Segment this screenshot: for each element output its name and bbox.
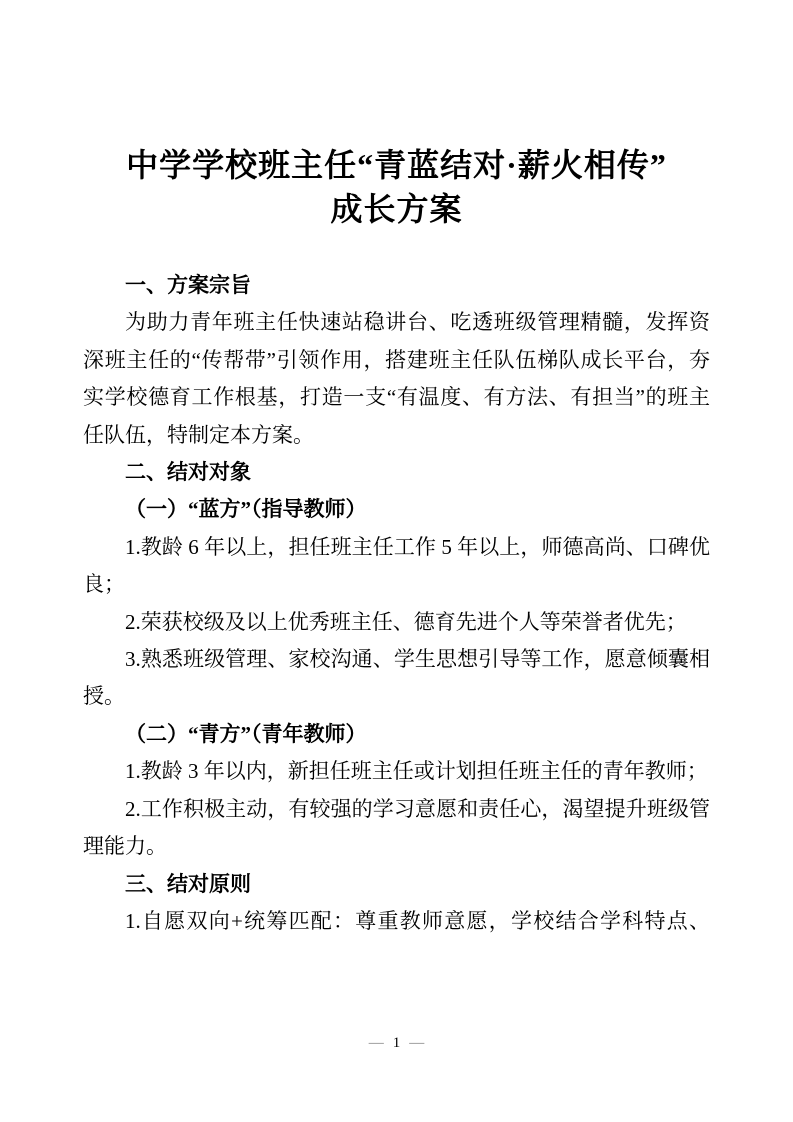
document-title-line-1: 中学学校班主任“青蓝结对·薪火相传” [83,143,710,187]
section-heading-3: 三、结对原则 [83,866,710,903]
section-heading-2: 二、结对对象 [83,454,710,491]
paragraph-blue-item-2: 2.荣获校级及以上优秀班主任、德育先进个人等荣誉者优先； [83,604,710,641]
document-title: 中学学校班主任“青蓝结对·薪火相传” 成长方案 [83,143,710,231]
subheading-green-side: （二）“青方”（青年教师） [83,716,710,753]
paragraph-principle-1: 1.自愿双向+统筹匹配：尊重教师意愿，学校结合学科特点、 [83,903,710,940]
footer-dash-right: — [400,1035,433,1051]
document-title-line-2: 成长方案 [83,187,710,231]
section-heading-1: 一、方案宗旨 [83,267,710,304]
subheading-blue-side: （一）“蓝方”（指导教师） [83,491,710,528]
paragraph-purpose: 为助力青年班主任快速站稳讲台、吃透班级管理精髓，发挥资深班主任的“传帮带”引领作… [83,304,710,454]
paragraph-blue-item-3: 3.熟悉班级管理、家校沟通、学生思想引导等工作，愿意倾囊相授。 [83,641,710,716]
page-footer: —1— [0,1031,793,1056]
paragraph-green-item-1: 1.教龄 3 年以内，新担任班主任或计划担任班主任的青年教师； [83,753,710,790]
paragraph-blue-item-1: 1.教龄 6 年以上，担任班主任工作 5 年以上，师德高尚、口碑优良； [83,529,710,604]
document-body: 一、方案宗旨 为助力青年班主任快速站稳讲台、吃透班级管理精髓，发挥资深班主任的“… [83,267,710,940]
document-page: 中学学校班主任“青蓝结对·薪火相传” 成长方案 一、方案宗旨 为助力青年班主任快… [0,0,793,1122]
footer-dash-left: — [360,1035,393,1051]
paragraph-green-item-2: 2.工作积极主动，有较强的学习意愿和责任心，渴望提升班级管理能力。 [83,791,710,866]
